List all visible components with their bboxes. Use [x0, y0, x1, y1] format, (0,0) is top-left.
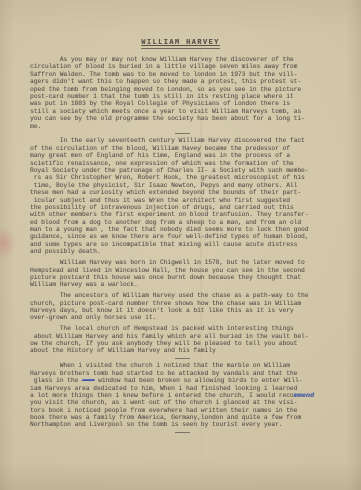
text-line: and possibly death.	[30, 248, 335, 255]
text-line: icular subject and thus it was Wren the …	[30, 197, 335, 204]
text-line: man to a young man , the fact that nobod…	[30, 226, 335, 233]
text-line: post-card number 1 that the tomb is stil…	[30, 93, 335, 100]
text-line: guidance, since as we know there are fou…	[30, 233, 335, 240]
text-line: Saffron Walden. The tomb was to be moved…	[30, 71, 335, 78]
text-line: glass in the ~~~~ window had been broken…	[30, 377, 335, 384]
document-page: WILLIAM HARVEY As you may or may not kno…	[0, 0, 361, 490]
text-line: Harveys brothers tomb had started to be …	[30, 370, 335, 377]
text-line: William Harvey was a warlock.	[30, 281, 335, 288]
text-line: oped the tomb from beinging moved to Lon…	[30, 86, 335, 93]
text-line: The local church of Hempstead is packed …	[30, 325, 335, 332]
text-line: In the early seventeeth century William …	[30, 137, 335, 144]
paragraph: The ancestors of William Harvey used the…	[30, 292, 335, 322]
text-line: ow the church, If you ask anybody they w…	[30, 340, 335, 347]
text-line: tors book i noticed people from everwher…	[30, 407, 335, 414]
text-line: of the circulation of the blood, William…	[30, 145, 335, 152]
text-line: Hempstead and lived in Winceslow Hall, t…	[30, 267, 335, 274]
paragraph: As you may or may not know William Harve…	[30, 56, 335, 130]
text-segment: glass in the	[30, 377, 82, 384]
text-line: iam Harveys area dedicated to him, When …	[30, 385, 335, 392]
paragraph: In the early seventeeth century William …	[30, 137, 335, 255]
text-line: The ancestors of William Harvey used the…	[30, 292, 335, 299]
text-line: Royal Society under the patronage of Cha…	[30, 167, 335, 174]
text-line: agers didn't want this to happen so they…	[30, 78, 335, 85]
text-line: you visit the church, as i went out of t…	[30, 399, 335, 406]
paragraph: When i visited the church i noticed that…	[30, 362, 335, 429]
text-line: the possibility of intravenous injection…	[30, 204, 335, 211]
text-line: over-grown and only horses use it.	[30, 314, 335, 321]
text-line: with other members the first experiment …	[30, 211, 335, 218]
text-line: many great men of England of his time, E…	[30, 152, 335, 159]
text-line: Northampton and Liverpool so the tomb is…	[30, 421, 335, 428]
text-line: me.	[30, 123, 335, 130]
page-title: WILLIAM HARVEY	[141, 39, 219, 49]
text-line: circulation of blood is buried in a litt…	[30, 63, 335, 70]
text-line: a lot more things then i knew before i e…	[30, 392, 335, 399]
text-line: time, Boyle the physicist, Sir Isaac New…	[30, 182, 335, 189]
text-line: these men had a curiosity which extended…	[30, 189, 335, 196]
section-divider-line	[175, 358, 190, 359]
section-divider-line	[175, 133, 190, 134]
text-line: was put in 1883 by the Royal Collegie of…	[30, 100, 335, 107]
text-line: you can see by the old programme the soc…	[30, 115, 335, 122]
title-row: WILLIAM HARVEY	[0, 31, 361, 49]
text-line: scietific renaissance, one expression of…	[30, 160, 335, 167]
text-line: about the History of William Harvey and …	[30, 347, 335, 354]
blue-ink-strikeout-scribble: ~~~~	[82, 377, 94, 384]
text-line: ed blood from a dog to another dog from …	[30, 219, 335, 226]
paragraph: The local church of Hempstead is packed …	[30, 325, 335, 355]
paragraph: William Harvey was born in Chigwell in 1…	[30, 259, 335, 289]
text-line: William Harvey was born in Chigwell in 1…	[30, 259, 335, 266]
text-line: rs as Sir Christopher Wren, Robert Hook,…	[30, 174, 335, 181]
text-line: church, picture post-card number three s…	[30, 300, 335, 307]
section-divider-line	[175, 432, 190, 433]
text-segment: a lot more things then i knew before i e…	[30, 392, 294, 399]
text-line: As you may or may not know William Harve…	[30, 56, 335, 63]
text-line: picture postcard this house was once bur…	[30, 274, 335, 281]
text-line: and some types are so incompatible that …	[30, 241, 335, 248]
text-line: still a society which meets once a year …	[30, 108, 335, 115]
text-line: book there was a family from America, Ge…	[30, 414, 335, 421]
text-line: about William Harvey and his family whic…	[30, 333, 335, 340]
document-body: As you may or may not know William Harve…	[0, 56, 361, 433]
text-line: When i visited the church i noticed that…	[30, 362, 335, 369]
text-line: Harveys days, but know it it doesn't loo…	[30, 307, 335, 314]
text-segment: window had been broken so allowing birds…	[94, 377, 302, 384]
